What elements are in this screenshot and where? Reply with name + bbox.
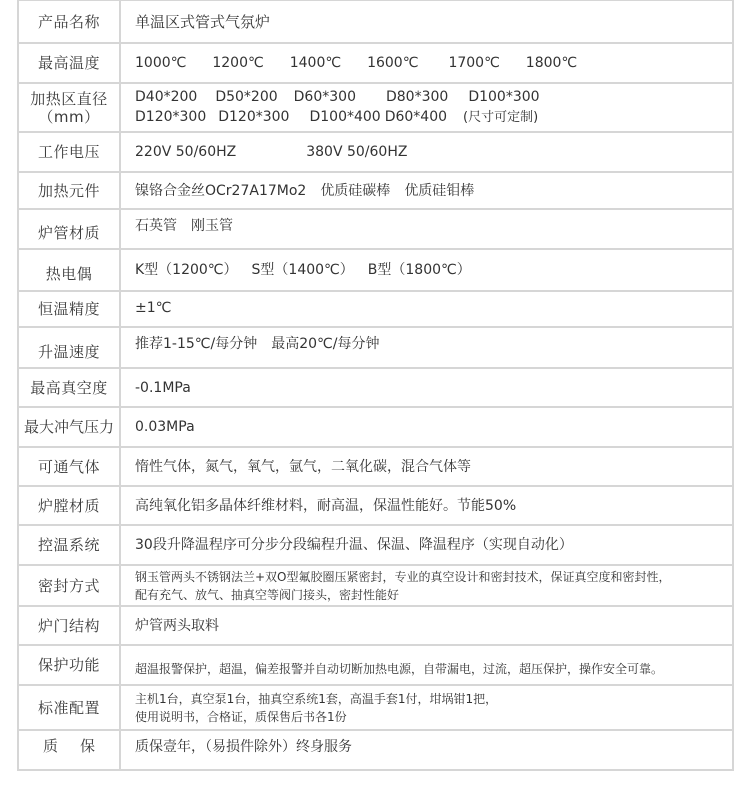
spec-value: 质保壹年，（易损件除外）终身服务 [120, 730, 733, 770]
heating-element-option: 优质硅碳棒 [320, 181, 390, 201]
spec-value: 炉管两头取料 [120, 606, 733, 645]
temp-option: 1200℃ [212, 53, 263, 73]
spec-row-heating-rate: 升温速度 推荐1-15℃/每分钟最高20℃/每分钟 [18, 327, 733, 368]
spec-label: 控温系统 [18, 525, 120, 565]
spec-label: 最高真空度 [18, 368, 120, 407]
spec-value: 惰性气体，氮气，氧气，氩气，二氧化碳，混合气体等 [120, 447, 733, 486]
spec-label: 可通气体 [18, 447, 120, 486]
diameter-option: D60*400 [385, 107, 447, 127]
spec-label: 标准配置 [18, 685, 120, 730]
thermocouple-option: K型（1200℃） [135, 260, 238, 280]
diameter-option: D40*200 [135, 87, 197, 107]
spec-label-unit: （mm） [19, 108, 119, 126]
thermocouple-option: B型（1800℃） [368, 260, 471, 280]
vacuum-value: -0.1MPa [135, 380, 191, 396]
diameter-option: D50*200 [215, 87, 277, 107]
diameter-option: D80*300 [386, 87, 448, 107]
spec-row-heating-zone-diameter: 加热区直径 （mm） D40*200D50*200D60*300D80*300D… [18, 83, 733, 132]
temp-option: 1000℃ [135, 53, 186, 73]
accuracy-value: ±1℃ [135, 300, 171, 316]
spec-row-tube-material: 炉管材质 石英管刚玉管 [18, 209, 733, 249]
diameter-option: D120*300 [135, 107, 206, 127]
spec-value: 钢玉管两头不锈钢法兰+双O型氟胶圈压紧密封，专业的真空设计和密封技术，保证真空度… [120, 565, 733, 606]
warranty-value: 质保壹年，（易损件除外）终身服务 [135, 739, 352, 755]
chamber-material-value: 高纯氧化铝多晶体纤维材料，耐高温，保温性能好。节能50% [135, 498, 516, 514]
spec-value: 推荐1-15℃/每分钟最高20℃/每分钟 [120, 327, 733, 368]
spec-value: 30段升降温程序可分步分段编程升温、保温、降温程序（实现自动化） [120, 525, 733, 565]
spec-row-max-temperature: 最高温度 1000℃1200℃1400℃1600℃1700℃1800℃ [18, 43, 733, 83]
diameter-option: D100*300 [468, 87, 539, 107]
spec-label: 炉膛材质 [18, 486, 120, 525]
spec-row-voltage: 工作电压 220V 50/60HZ380V 50/60HZ [18, 132, 733, 172]
spec-row-chamber-material: 炉膛材质 高纯氧化铝多晶体纤维材料，耐高温，保温性能好。节能50% [18, 486, 733, 525]
spec-value: 主机1台，真空泵1台，抽真空系统1套，高温手套1付，坩埚钳1把， 使用说明书，合… [120, 685, 733, 730]
spec-value: 超温报警保护，超温，偏差报警并自动切断加热电源，自带漏电，过流，超压保护，操作安… [120, 645, 733, 685]
sealing-line-2: 配有充气、放气、抽真空等阀门接头，密封性能好 [135, 586, 732, 604]
spec-value: 0.03MPa [120, 407, 733, 447]
spec-row-control-system: 控温系统 30段升降温程序可分步分段编程升温、保温、降温程序（实现自动化） [18, 525, 733, 565]
protection-value: 超温报警保护，超温，偏差报警并自动切断加热电源，自带漏电，过流，超压保护，操作安… [135, 662, 663, 676]
specification-table: 产品名称 单温区式管式气氛炉 最高温度 1000℃1200℃1400℃1600℃… [17, 0, 734, 771]
diameter-option: D60*300 [294, 87, 356, 107]
spec-label: 升温速度 [18, 327, 120, 368]
spec-row-heating-element: 加热元件 镍铬合金丝OCr27A17Mo2优质硅碳棒优质硅钼棒 [18, 172, 733, 209]
voltage-option: 380V 50/60HZ [306, 142, 407, 162]
spec-label: 保护功能 [18, 645, 120, 685]
diameter-option: D120*300 [218, 107, 289, 127]
spec-label-main: 加热区直径 [19, 90, 119, 108]
spec-row-gas-types: 可通气体 惰性气体，氮气，氧气，氩气，二氧化碳，混合气体等 [18, 447, 733, 486]
spec-value: 1000℃1200℃1400℃1600℃1700℃1800℃ [120, 43, 733, 83]
spec-value: K型（1200℃）S型（1400℃）B型（1800℃） [120, 249, 733, 291]
spec-row-standard-config: 标准配置 主机1台，真空泵1台，抽真空系统1套，高温手套1付，坩埚钳1把， 使用… [18, 685, 733, 730]
spec-label: 最大冲气压力 [18, 407, 120, 447]
spec-label: 质保 [18, 730, 120, 770]
spec-row-warranty: 质保 质保壹年，（易损件除外）终身服务 [18, 730, 733, 770]
spec-label: 工作电压 [18, 132, 120, 172]
spec-value: 单温区式管式气氛炉 [120, 0, 733, 43]
temp-option: 1700℃ [448, 53, 499, 73]
diameter-line-1: D40*200D50*200D60*300D80*300D100*300 [135, 87, 732, 107]
spec-row-product-name: 产品名称 单温区式管式气氛炉 [18, 0, 733, 43]
spec-row-temperature-accuracy: 恒温精度 ±1℃ [18, 291, 733, 327]
spec-row-sealing-method: 密封方式 钢玉管两头不锈钢法兰+双O型氟胶圈压紧密封，专业的真空设计和密封技术，… [18, 565, 733, 606]
voltage-option: 220V 50/60HZ [135, 142, 236, 162]
spec-value: 石英管刚玉管 [120, 209, 733, 249]
warranty-label: 质保 [21, 737, 117, 755]
diameter-option: D100*400 [309, 107, 380, 127]
product-name-value: 单温区式管式气氛炉 [135, 13, 270, 31]
spec-label: 热电偶 [18, 249, 120, 291]
control-system-value: 30段升降温程序可分步分段编程升温、保温、降温程序（实现自动化） [135, 537, 573, 553]
config-line-1: 主机1台，真空泵1台，抽真空系统1套，高温手套1付，坩埚钳1把， [135, 690, 732, 708]
spec-value: 高纯氧化铝多晶体纤维材料，耐高温，保温性能好。节能50% [120, 486, 733, 525]
customizable-note: (尺寸可定制) [463, 108, 538, 128]
spec-row-max-vacuum: 最高真空度 -0.1MPa [18, 368, 733, 407]
spec-row-protection: 保护功能 超温报警保护，超温，偏差报警并自动切断加热电源，自带漏电，过流，超压保… [18, 645, 733, 685]
tube-material-option: 石英管 [135, 216, 177, 236]
spec-row-door-structure: 炉门结构 炉管两头取料 [18, 606, 733, 645]
spec-label: 产品名称 [18, 0, 120, 43]
gas-pressure-value: 0.03MPa [135, 419, 195, 435]
thermocouple-option: S型（1400℃） [252, 260, 354, 280]
spec-label: 加热元件 [18, 172, 120, 209]
heating-element-option: 镍铬合金丝OCr27A17Mo2 [135, 181, 306, 201]
spec-label: 最高温度 [18, 43, 120, 83]
spec-label: 炉管材质 [18, 209, 120, 249]
spec-value: 220V 50/60HZ380V 50/60HZ [120, 132, 733, 172]
door-structure-value: 炉管两头取料 [135, 618, 219, 634]
spec-value: 镍铬合金丝OCr27A17Mo2优质硅碳棒优质硅钼棒 [120, 172, 733, 209]
spec-label: 炉门结构 [18, 606, 120, 645]
spec-row-thermocouple: 热电偶 K型（1200℃）S型（1400℃）B型（1800℃） [18, 249, 733, 291]
heating-element-option: 优质硅钼棒 [404, 181, 474, 201]
tube-material-option: 刚玉管 [191, 216, 233, 236]
spec-value: ±1℃ [120, 291, 733, 327]
spec-label: 密封方式 [18, 565, 120, 606]
spec-value: -0.1MPa [120, 368, 733, 407]
heating-rate-recommended: 推荐1-15℃/每分钟 [135, 334, 257, 354]
diameter-line-2: D120*300D120*300D100*400D60*400(尺寸可定制) [135, 107, 732, 128]
temp-option: 1800℃ [526, 53, 577, 73]
spec-label: 加热区直径 （mm） [18, 83, 120, 132]
heating-rate-max: 最高20℃/每分钟 [271, 334, 379, 354]
spec-label: 恒温精度 [18, 291, 120, 327]
gas-types-value: 惰性气体，氮气，氧气，氩气，二氧化碳，混合气体等 [135, 459, 471, 475]
temp-option: 1600℃ [367, 53, 418, 73]
config-line-2: 使用说明书，合格证，质保售后书各1份 [135, 708, 732, 726]
temp-option: 1400℃ [290, 53, 341, 73]
spec-value: D40*200D50*200D60*300D80*300D100*300 D12… [120, 83, 733, 132]
sealing-line-1: 钢玉管两头不锈钢法兰+双O型氟胶圈压紧密封，专业的真空设计和密封技术，保证真空度… [135, 568, 732, 586]
spec-row-max-gas-pressure: 最大冲气压力 0.03MPa [18, 407, 733, 447]
